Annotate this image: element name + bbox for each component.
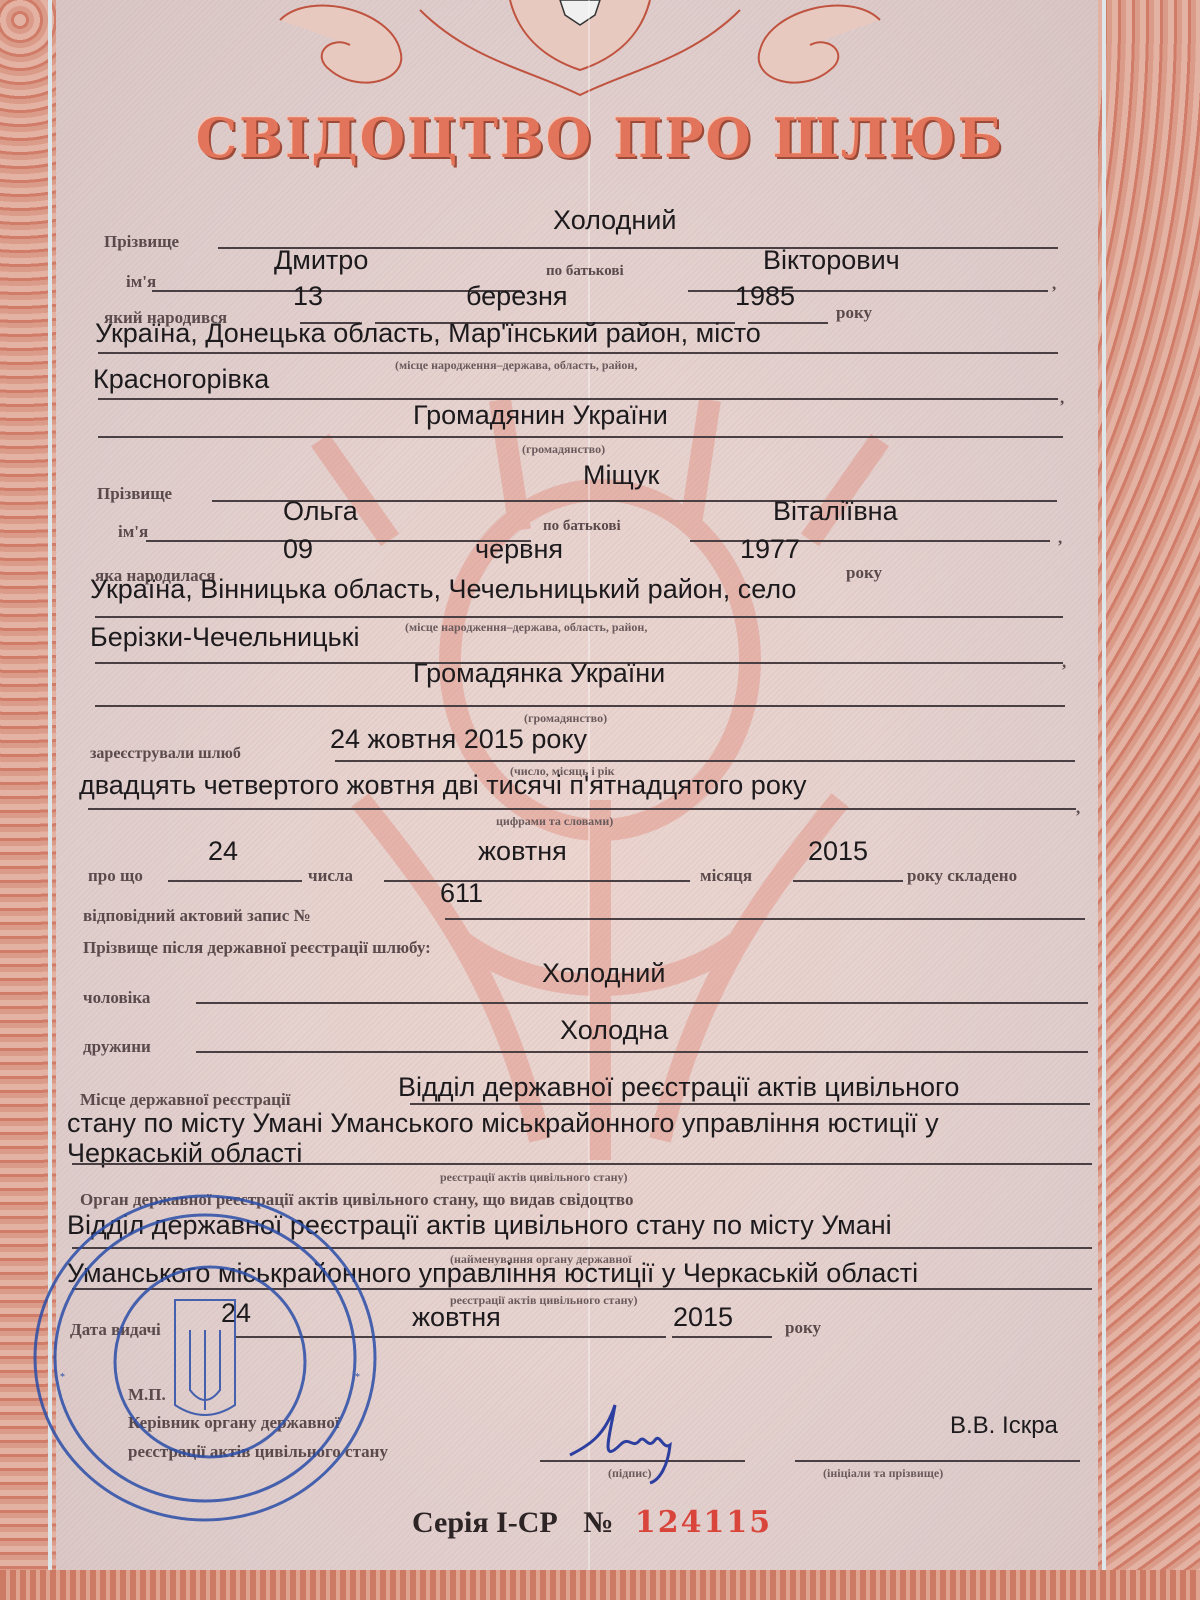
registered-label: зареєстрували шлюб (90, 745, 241, 763)
husband-birth-year: 1985 (735, 281, 795, 312)
place-line1-rule (410, 1103, 1090, 1105)
wife-birth-year: 1977 (740, 534, 800, 565)
record-day: 24 (208, 836, 238, 867)
husband-patronymic: Вікторович (763, 245, 900, 276)
organ-label: Орган державної реєстрації актів цивільн… (80, 1190, 633, 1210)
comma: , (1058, 528, 1062, 548)
series-line: Серія І-СР № 124115 (412, 1505, 772, 1540)
husband-citizenship-hint: (громадянство) (522, 442, 605, 457)
husband-citizenship-rule (98, 436, 1063, 438)
series-label: Серія І-СР (412, 1506, 558, 1539)
place-hint: реєстрації актів цивільного стану) (440, 1170, 628, 1185)
organ-line2: Уманського міськрайонного управління юст… (67, 1258, 918, 1289)
registration-date-words: двадцять четвертого жовтня дві тисячі п'… (79, 770, 806, 801)
day-label: числа (308, 866, 353, 886)
wife-birthplace-line1-rule (95, 616, 1063, 618)
husband-birthplace-line1-rule (98, 352, 1058, 354)
organ-line1: Відділ державної реєстрації актів цивіль… (67, 1210, 892, 1241)
husband-birth-month: березня (466, 281, 568, 312)
husband-surname-label: Прізвище (104, 232, 179, 252)
signature-hint: (підпис) (608, 1466, 651, 1481)
husband-birthplace-line2: Красногорівка (93, 364, 269, 395)
head-name-rule (795, 1460, 1080, 1462)
record-month: жовтня (478, 836, 567, 867)
document-title: СВІДОЦТВО ПРО ШЛЮБ (0, 106, 1200, 170)
record-number-label: відповідний актовий запис № (83, 906, 311, 926)
issue-year-rule (672, 1336, 772, 1338)
husband-year-suffix: року (836, 303, 872, 323)
wife-surname: Міщук (583, 460, 659, 491)
organ-line2-rule (72, 1288, 1092, 1290)
wife-name-line (146, 540, 531, 542)
organ-line1-rule (72, 1247, 1092, 1249)
year-composed-label: року складено (907, 866, 1017, 886)
surnames-after-label: Прізвище після державної реєстрації шлюб… (83, 938, 431, 958)
wife-birthplace-line2: Берізки-Чечельницькі (90, 622, 359, 653)
wife-birthplace-hint: (місце народження–держава, область, райо… (405, 620, 647, 635)
husband-surname-after: Холодний (542, 958, 665, 989)
record-month-rule (384, 880, 690, 882)
number-sign: № (583, 1506, 613, 1539)
husband-name: Дмитро (274, 245, 368, 276)
issue-year: 2015 (673, 1302, 733, 1333)
record-day-rule (168, 880, 302, 882)
husband-citizenship: Громадянин України (413, 400, 668, 431)
record-year: 2015 (808, 836, 868, 867)
wife-birth-month: червня (475, 534, 563, 565)
seal-label: М.П. (128, 1385, 166, 1405)
about-label: про що (88, 866, 143, 886)
husband-surname: Холодний (553, 205, 676, 236)
comma: , (1076, 798, 1080, 818)
registration-date-digits: 24 жовтня 2015 року (330, 724, 587, 755)
month-label: місяця (700, 866, 752, 886)
comma: , (1060, 388, 1064, 408)
husband-patronymic-label: по батькові (546, 263, 624, 280)
husband-after-rule (196, 1002, 1088, 1004)
wife-name-label: ім'я (118, 522, 148, 542)
head-label-line1: Керівник органу державної (128, 1413, 340, 1433)
certificate-page: СВІДОЦТВО ПРО ШЛЮБ Прізвище Холодний ім'… (0, 0, 1200, 1600)
wife-patronymic-label: по батькові (543, 518, 621, 535)
wife-birth-day: 09 (283, 534, 313, 565)
head-name-hint: (ініціали та прізвище) (823, 1466, 943, 1481)
wife-surname-after: Холодна (560, 1015, 668, 1046)
head-label-line2: реєстрації актів цивільного стану (128, 1442, 388, 1462)
wife-citizenship: Громадянка України (413, 658, 665, 689)
issue-date-rule (236, 1336, 666, 1338)
record-number: 611 (440, 878, 483, 909)
wife-patronymic: Віталіївна (773, 496, 898, 527)
record-number-rule (445, 918, 1085, 920)
wife-after-label: дружини (83, 1037, 151, 1057)
place-label: Місце державної реєстрації (80, 1090, 290, 1110)
issue-month: жовтня (412, 1302, 501, 1333)
wife-citizenship-rule (95, 705, 1065, 707)
top-ornament-icon (270, 0, 890, 100)
comma: , (1052, 274, 1056, 294)
registration-words-hint: цифрами та словами) (496, 814, 613, 829)
wife-year-suffix: року (846, 563, 882, 583)
certificate-number: 124115 (635, 1505, 772, 1540)
wife-name: Ольга (283, 496, 358, 527)
place-line2: стану по місту Умані Уманського міськрай… (67, 1108, 939, 1139)
head-name: В.В. Іскра (950, 1412, 1058, 1440)
husband-after-label: чоловіка (83, 988, 150, 1008)
place-line1: Відділ державної реєстрації актів цивіль… (398, 1072, 959, 1103)
husband-birthplace-hint: (місце народження–держава, область, райо… (395, 358, 637, 373)
wife-birthplace-line1: Україна, Вінницька область, Чечельницьки… (90, 574, 796, 605)
issue-year-suffix: року (785, 1318, 821, 1338)
bottom-ornament-band (0, 1570, 1200, 1600)
place-line3-rule (72, 1163, 1092, 1165)
comma: , (1062, 652, 1066, 672)
husband-birthplace-line1: Україна, Донецька область, Мар'їнський р… (95, 318, 761, 349)
registration-words-rule (88, 808, 1076, 810)
registered-date-rule (335, 760, 1075, 762)
wife-surname-label: Прізвище (97, 484, 172, 504)
issue-date-label: Дата видачі (70, 1320, 161, 1340)
signature-rule (540, 1460, 745, 1462)
husband-birth-day: 13 (293, 281, 323, 312)
husband-name-label: ім'я (126, 272, 156, 292)
issue-day: 24 (221, 1298, 251, 1329)
wife-after-rule (196, 1051, 1088, 1053)
record-year-rule (793, 880, 903, 882)
